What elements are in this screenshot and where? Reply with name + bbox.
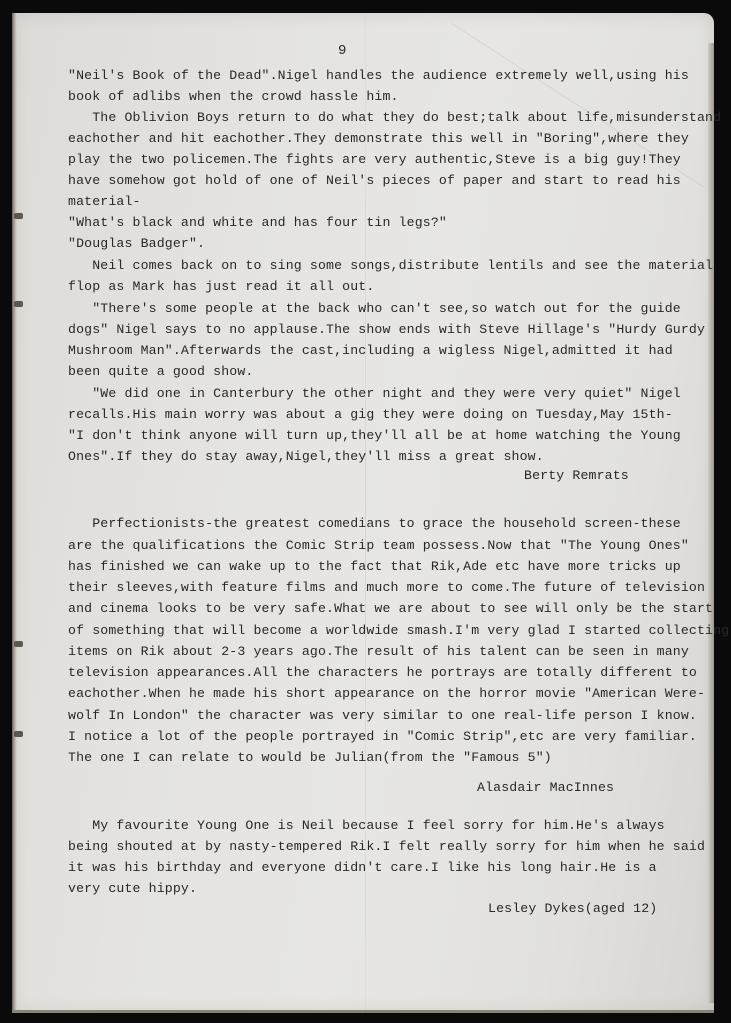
article1-line: eachother and hit eachother.They demonst… <box>68 131 689 146</box>
article2-line: I notice a lot of the people portrayed i… <box>68 729 697 744</box>
article2-line: wolf In London" the character was very s… <box>68 708 697 723</box>
article2-line: their sleeves,with feature films and muc… <box>68 580 705 595</box>
staple-4 <box>14 731 23 737</box>
article1-line: "Neil's Book of the Dead".Nigel handles … <box>68 68 689 83</box>
article3-line: it was his birthday and everyone didn't … <box>68 860 657 875</box>
article2-line: are the qualifications the Comic Strip t… <box>68 538 689 553</box>
article1-line: Mushroom Man".Afterwards the cast,includ… <box>68 343 673 358</box>
page-number: 9 <box>338 43 347 59</box>
article1-line: have somehow got hold of one of Neil's p… <box>68 173 681 188</box>
article2-author: Alasdair MacInnes <box>477 780 614 795</box>
article1-line: "There's some people at the back who can… <box>68 301 681 316</box>
article3-author: Lesley Dykes(aged 12) <box>488 901 657 916</box>
page-edge-right <box>708 43 714 1003</box>
article1-line: flop as Mark has just read it all out. <box>68 279 374 294</box>
article3-line: My favourite Young One is Neil because I… <box>68 818 665 833</box>
article1-line: Neil comes back on to sing some songs,di… <box>68 258 713 273</box>
article1-line: dogs" Nigel says to no applause.The show… <box>68 322 705 337</box>
page-text: 9 "Neil's Book of the Dead".Nigel handle… <box>12 13 44 718</box>
article1-line: Ones".If they do stay away,Nigel,they'll… <box>68 449 544 464</box>
article1-line: material- <box>68 194 141 209</box>
article2-line: Perfectionists-the greatest comedians to… <box>68 516 681 531</box>
article2-line: television appearances.All the character… <box>68 665 697 680</box>
article1-line: play the two policemen.The fights are ve… <box>68 152 681 167</box>
article1-line: book of adlibs when the crowd hassle him… <box>68 89 399 104</box>
article1-line: been quite a good show. <box>68 364 253 379</box>
page-edge-bottom <box>12 1010 714 1013</box>
article2-line: of something that will become a worldwid… <box>68 623 729 638</box>
article1-line: recalls.His main worry was about a gig t… <box>68 407 673 422</box>
article1-line: The Oblivion Boys return to do what they… <box>68 110 721 125</box>
article2-line: The one I can relate to would be Julian(… <box>68 750 552 765</box>
article1-author: Berty Remrats <box>524 468 629 483</box>
typewritten-page: 9 "Neil's Book of the Dead".Nigel handle… <box>12 13 714 1013</box>
article2-line: eachother.When he made his short appeara… <box>68 686 705 701</box>
article2-line: has finished we can wake up to the fact … <box>68 559 681 574</box>
article1-line: "I don't think anyone will turn up,they'… <box>68 428 681 443</box>
article2-line: items on Rik about 2-3 years ago.The res… <box>68 644 689 659</box>
article2-line: and cinema looks to be very safe.What we… <box>68 601 713 616</box>
article1-line: "We did one in Canterbury the other nigh… <box>68 386 681 401</box>
article3-line: very cute hippy. <box>68 881 197 896</box>
article1-line: "What's black and white and has four tin… <box>68 215 447 230</box>
article3-line: being shouted at by nasty-tempered Rik.I… <box>68 839 705 854</box>
article1-line: "Douglas Badger". <box>68 236 205 251</box>
